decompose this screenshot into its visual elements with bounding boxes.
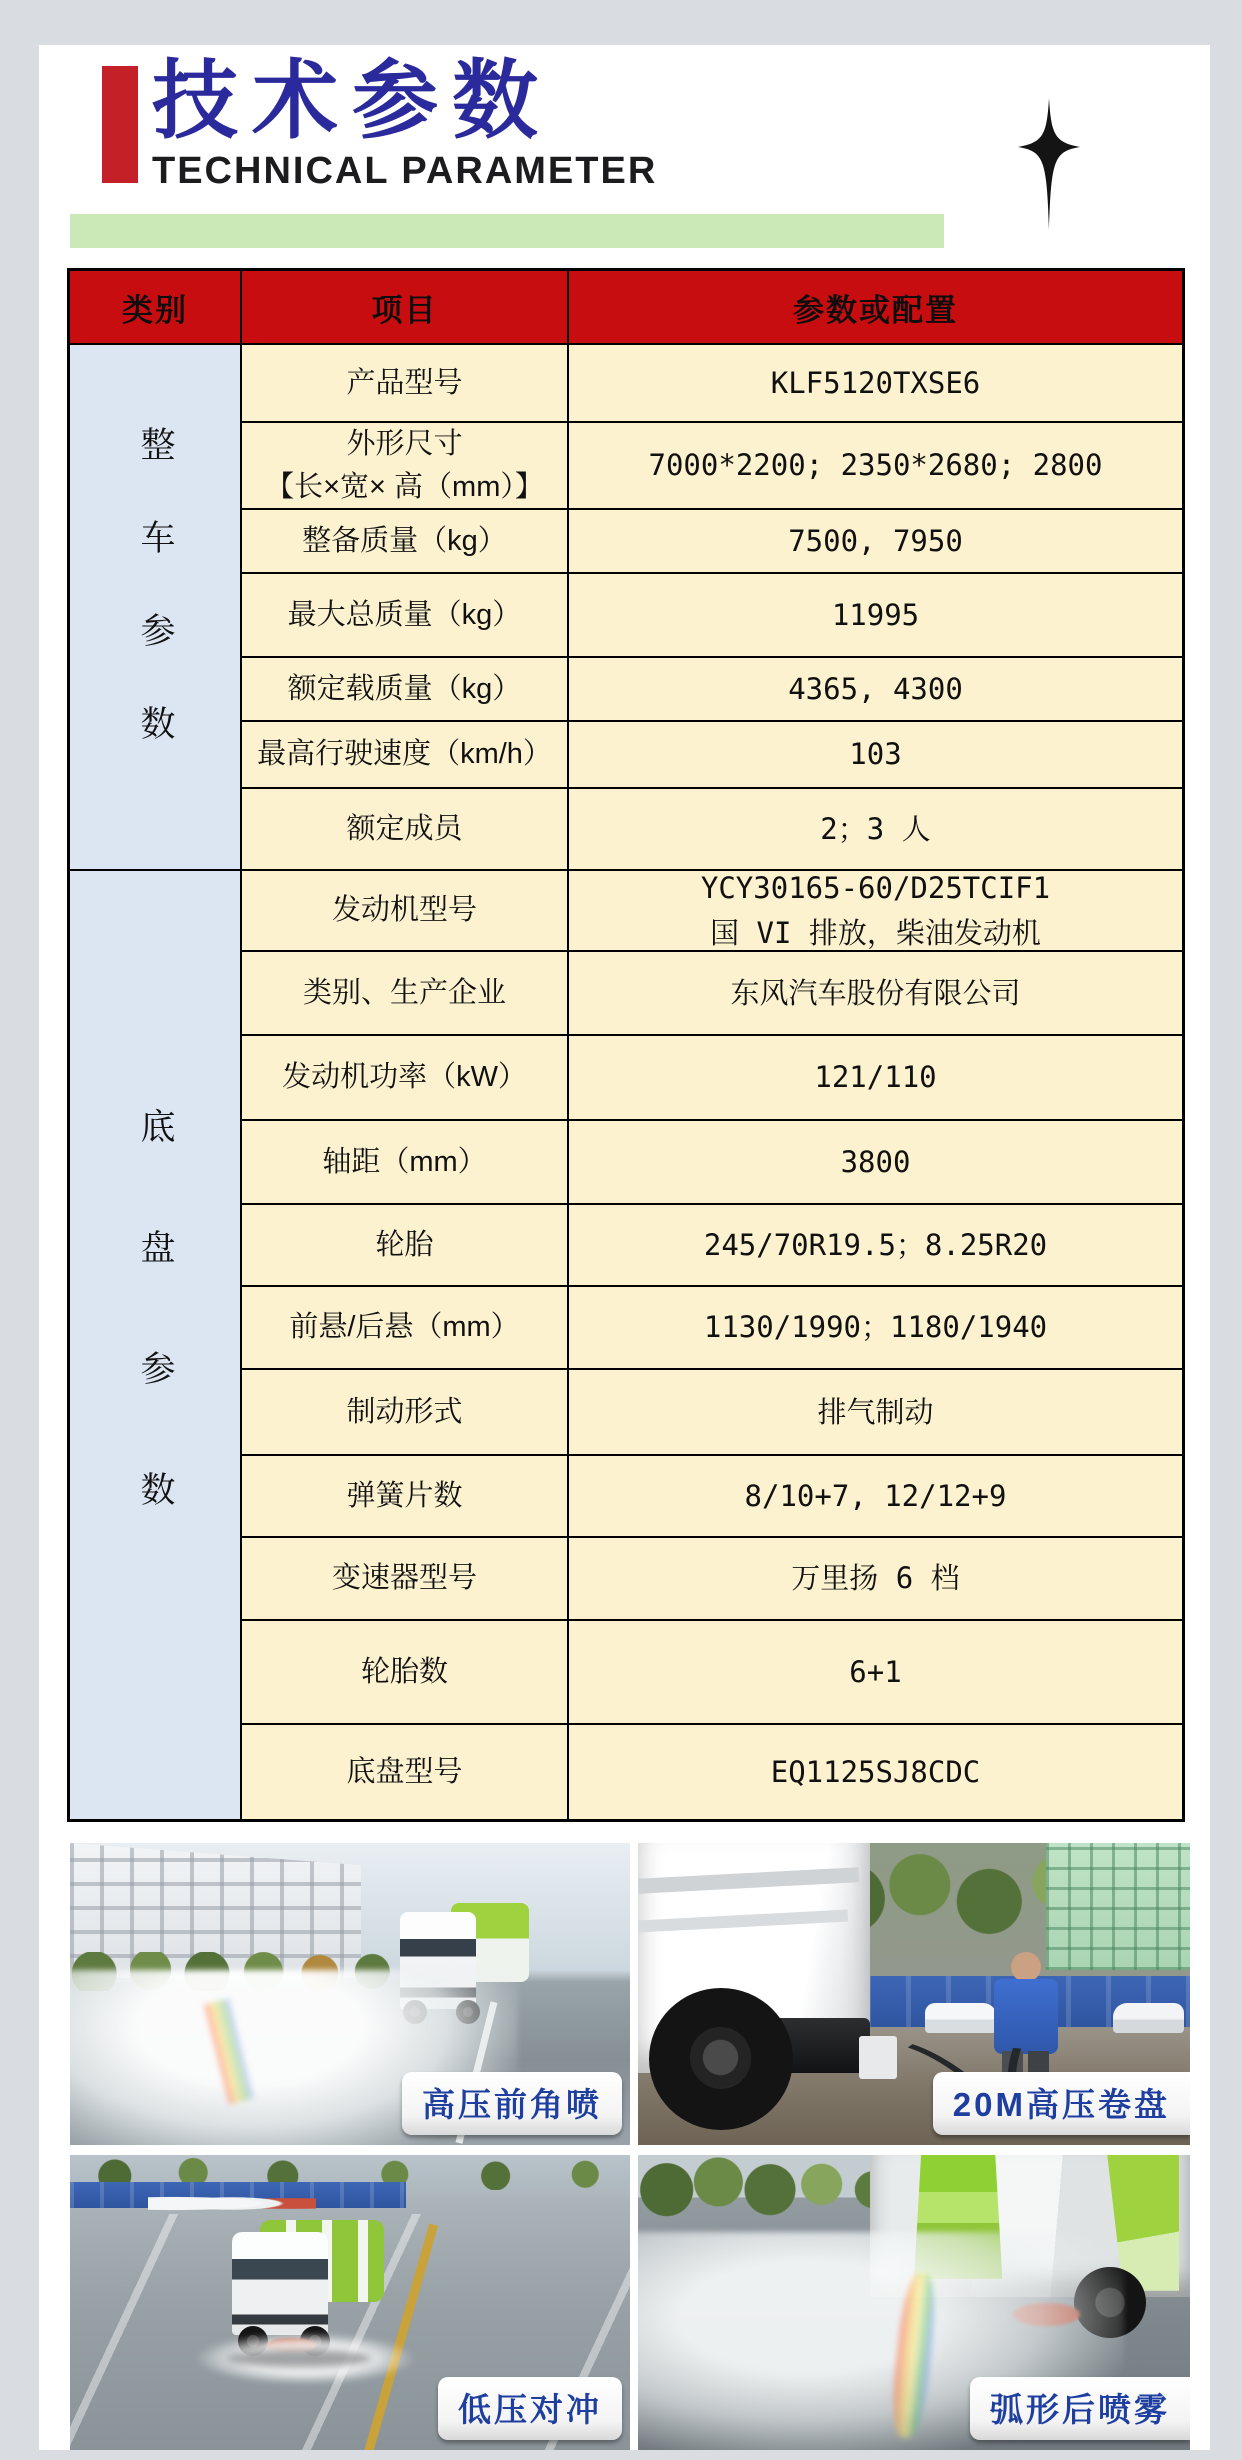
row-value: 6+1	[569, 1621, 1182, 1725]
photo-front-spray: 高压前角喷	[70, 1843, 630, 2145]
item-label: 底盘型号	[346, 1751, 462, 1793]
row-item: 轴距（mm）	[242, 1121, 569, 1205]
item-label: 弹簧片数	[346, 1475, 462, 1517]
value-text: 1130/1990；1180/1940	[704, 1305, 1047, 1350]
item-label: 产品型号	[346, 362, 462, 404]
row-item: 底盘型号	[242, 1725, 569, 1819]
row-item: 最大总质量（kg）	[242, 574, 569, 658]
row-item: 外形尺寸 【长×宽× 高（mm）】	[242, 423, 569, 510]
row-item: 产品型号	[242, 345, 569, 423]
photo-rear-mist: 弧形后喷雾	[638, 2155, 1190, 2450]
section-label-chassis: 底盘参数	[70, 871, 242, 1819]
row-item: 类别、生产企业	[242, 952, 569, 1036]
value-text: 东风汽车股份有限公司	[730, 971, 1020, 1016]
value-text: 7000*2200; 2350*2680; 2800	[649, 443, 1103, 488]
col-header-item: 项目	[242, 271, 569, 345]
row-value: 排气制动	[569, 1370, 1182, 1456]
photo-low-pressure-flush: 低压对冲	[70, 2155, 630, 2450]
row-value: 东风汽车股份有限公司	[569, 952, 1182, 1036]
row-value: 7500, 7950	[569, 510, 1182, 574]
item-label: 额定成员	[346, 808, 462, 850]
row-value: YCY30165-60/D25TCIF1 国 VI 排放，柴油发动机	[569, 871, 1182, 952]
value-text: 3800	[841, 1140, 911, 1185]
row-value: 3800	[569, 1121, 1182, 1205]
value-text: YCY30165-60/D25TCIF1	[701, 866, 1050, 911]
section-label-vehicle: 整车参数	[70, 345, 242, 871]
value-text: 6+1	[849, 1650, 901, 1695]
row-item: 制动形式	[242, 1370, 569, 1456]
row-value: 7000*2200; 2350*2680; 2800	[569, 423, 1182, 510]
item-label: 最大总质量（kg）	[288, 594, 522, 636]
row-value: 103	[569, 722, 1182, 789]
row-value: 121/110	[569, 1036, 1182, 1121]
red-accent-bar	[102, 66, 138, 183]
row-item: 轮胎数	[242, 1621, 569, 1725]
item-label: 最高行驶速度（km/h）	[257, 733, 552, 775]
photo3-parked-cars	[148, 2193, 316, 2214]
row-value: 8/10+7, 12/12+9	[569, 1456, 1182, 1538]
value-text: 245/70R19.5；8.25R20	[704, 1223, 1047, 1268]
item-label: 轮胎	[375, 1224, 433, 1266]
item-label: 发动机功率（kW）	[282, 1056, 527, 1098]
item-label: 制动形式	[346, 1391, 462, 1433]
row-value: 1130/1990；1180/1940	[569, 1287, 1182, 1370]
sparkle-icon	[1012, 95, 1086, 233]
row-item: 轮胎	[242, 1205, 569, 1287]
photo-caption: 弧形后喷雾	[970, 2377, 1190, 2440]
col-header-value: 参数或配置	[569, 271, 1182, 345]
value-text: 2；3 人	[820, 807, 930, 852]
page-subtitle: TECHNICAL PARAMETER	[152, 152, 657, 190]
photo2-scaffold-building	[1046, 1843, 1190, 1970]
row-item: 最高行驶速度（km/h）	[242, 722, 569, 789]
item-label: 变速器型号	[332, 1557, 477, 1599]
value-text: KLF5120TXSE6	[771, 361, 981, 406]
row-item: 整备质量（kg）	[242, 510, 569, 574]
photo-hose-reel: 20M高压卷盘	[638, 1843, 1190, 2145]
item-label-line2: 【长×宽× 高（mm）】	[265, 466, 544, 508]
value-text: 121/110	[814, 1055, 936, 1100]
item-label: 整备质量（kg）	[302, 520, 507, 562]
value-text: 103	[849, 732, 901, 777]
photo2-wheel-hub	[690, 2027, 751, 2087]
spec-table: 类别 项目 参数或配置 整车参数 产品型号 KLF5120TXSE6 外形尺寸 …	[67, 268, 1185, 1822]
photo-caption: 高压前角喷	[402, 2072, 622, 2135]
value-text: 4365, 4300	[788, 667, 963, 712]
item-label: 发动机型号	[332, 889, 477, 931]
row-value: 2；3 人	[569, 789, 1182, 871]
green-highlight-bar	[70, 214, 944, 248]
photo2-person-head	[1011, 1952, 1041, 1982]
row-value: 万里扬 6 档	[569, 1538, 1182, 1621]
row-value: 4365, 4300	[569, 658, 1182, 722]
item-label: 轴距（mm）	[322, 1141, 486, 1183]
row-item: 额定成员	[242, 789, 569, 871]
row-value: KLF5120TXSE6	[569, 345, 1182, 423]
value-text: 7500, 7950	[788, 519, 963, 564]
row-item: 弹簧片数	[242, 1456, 569, 1538]
value-text: 8/10+7, 12/12+9	[745, 1474, 1007, 1519]
photo3-truck-cab	[232, 2232, 327, 2335]
value-text: 11995	[832, 593, 919, 638]
value-text: EQ1125SJ8CDC	[771, 1750, 981, 1795]
row-value: 11995	[569, 574, 1182, 658]
row-item: 发动机功率（kW）	[242, 1036, 569, 1121]
row-item: 发动机型号	[242, 871, 569, 952]
item-label: 前悬/后悬（mm）	[289, 1306, 519, 1348]
item-label: 外形尺寸	[346, 423, 462, 465]
item-label: 额定载质量（kg）	[288, 668, 522, 710]
page-title: 技术参数	[152, 58, 552, 144]
item-label: 类别、生产企业	[303, 972, 506, 1014]
row-value: EQ1125SJ8CDC	[569, 1725, 1182, 1819]
row-value: 245/70R19.5；8.25R20	[569, 1205, 1182, 1287]
item-label: 轮胎数	[361, 1651, 448, 1693]
photo-caption: 低压对冲	[438, 2377, 622, 2440]
col-header-category: 类别	[70, 271, 242, 345]
value-text-line2: 国 VI 排放，柴油发动机	[710, 911, 1041, 956]
spec-sheet-page: 技术参数 TECHNICAL PARAMETER 类别 项目 参数或配置 整车参…	[0, 0, 1242, 2460]
row-item: 额定载质量（kg）	[242, 658, 569, 722]
row-item: 变速器型号	[242, 1538, 569, 1621]
value-text: 万里扬 6 档	[791, 1556, 959, 1601]
value-text: 排气制动	[817, 1390, 933, 1435]
photo-caption: 20M高压卷盘	[933, 2072, 1190, 2135]
row-item: 前悬/后悬（mm）	[242, 1287, 569, 1370]
